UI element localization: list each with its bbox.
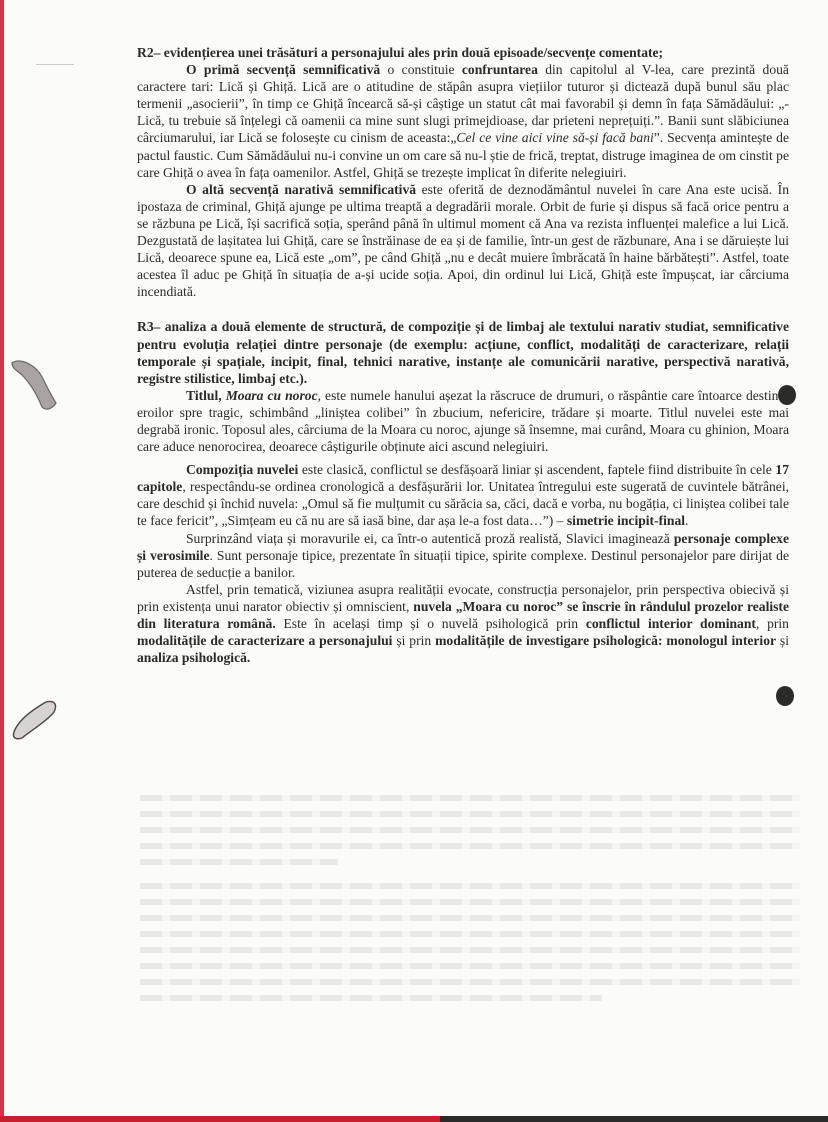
paragraph: Surprinzând viața și moravurile ei, ca î… xyxy=(137,530,789,581)
punch-hole-icon xyxy=(776,686,794,706)
text-run: și xyxy=(776,633,789,648)
emphasis: modalitățile de investigare psihologică:… xyxy=(435,633,776,648)
paragraph: Compoziția nuvelei este clasică, conflic… xyxy=(137,461,789,529)
emphasis: Titlul, xyxy=(186,388,226,403)
quote: Cel ce vine aici vine să-și facă bani xyxy=(456,130,653,145)
page-left-edge xyxy=(0,0,4,1122)
title-emphasis: Moara cu noroc xyxy=(226,388,318,403)
emphasis: simetrie incipit-final xyxy=(567,513,685,528)
text-run: Surprinzând viața și moravurile ei, ca î… xyxy=(186,531,674,546)
text-run: . xyxy=(685,513,688,528)
scanned-page: R2– evidențierea unei trăsături a person… xyxy=(0,0,828,1122)
document-body: R2– evidențierea unei trăsături a person… xyxy=(137,44,789,666)
text-run: o constituie xyxy=(380,62,462,77)
emphasis: modalitățile de caracterizare a personaj… xyxy=(137,633,392,648)
paragraph: Astfel, prin tematică, viziunea asupra r… xyxy=(137,581,789,666)
emphasis: Compoziția nuvelei xyxy=(186,462,298,477)
text-run: este oferită de deznodământul nuvelei în… xyxy=(137,182,789,300)
section-heading-r3: R3– analiza a două elemente de structură… xyxy=(137,318,789,386)
emphasis: analiza psihologică. xyxy=(137,650,250,665)
paragraph: Titlul, Moara cu noroc, este numele hanu… xyxy=(137,387,789,455)
text-run: și prin xyxy=(392,633,435,648)
text-run: . Sunt personaje tipice, prezentate în s… xyxy=(137,548,789,580)
paragraph: O altă secvență narativă semnificativă e… xyxy=(137,181,789,301)
emphasis: conflictul interior dominant xyxy=(586,616,756,631)
emphasis: O altă secvență narativă semnificativă xyxy=(186,182,416,197)
text-run: , respectându-se ordinea cronologică a d… xyxy=(137,479,789,528)
section-heading-r2: R2– evidențierea unei trăsături a person… xyxy=(137,44,789,61)
page-bottom-edge-dark xyxy=(440,1116,828,1122)
binder-clip-top-icon xyxy=(8,355,58,415)
text-run: Este în același timp și o nuvelă psiholo… xyxy=(276,616,586,631)
text-run: este clasică, conflictul se desfășoară l… xyxy=(298,462,775,477)
paragraph: O primă secvență semnificativă o constit… xyxy=(137,61,789,181)
emphasis: confruntarea xyxy=(462,62,538,77)
spacer xyxy=(137,300,789,318)
page-bottom-edge xyxy=(0,1116,440,1122)
binder-clip-bottom-icon xyxy=(8,692,58,742)
margin-mark xyxy=(36,64,74,65)
emphasis: O primă secvență semnificativă xyxy=(186,62,380,77)
text-run: , prin xyxy=(756,616,789,631)
bleed-through-text xyxy=(140,795,800,1011)
